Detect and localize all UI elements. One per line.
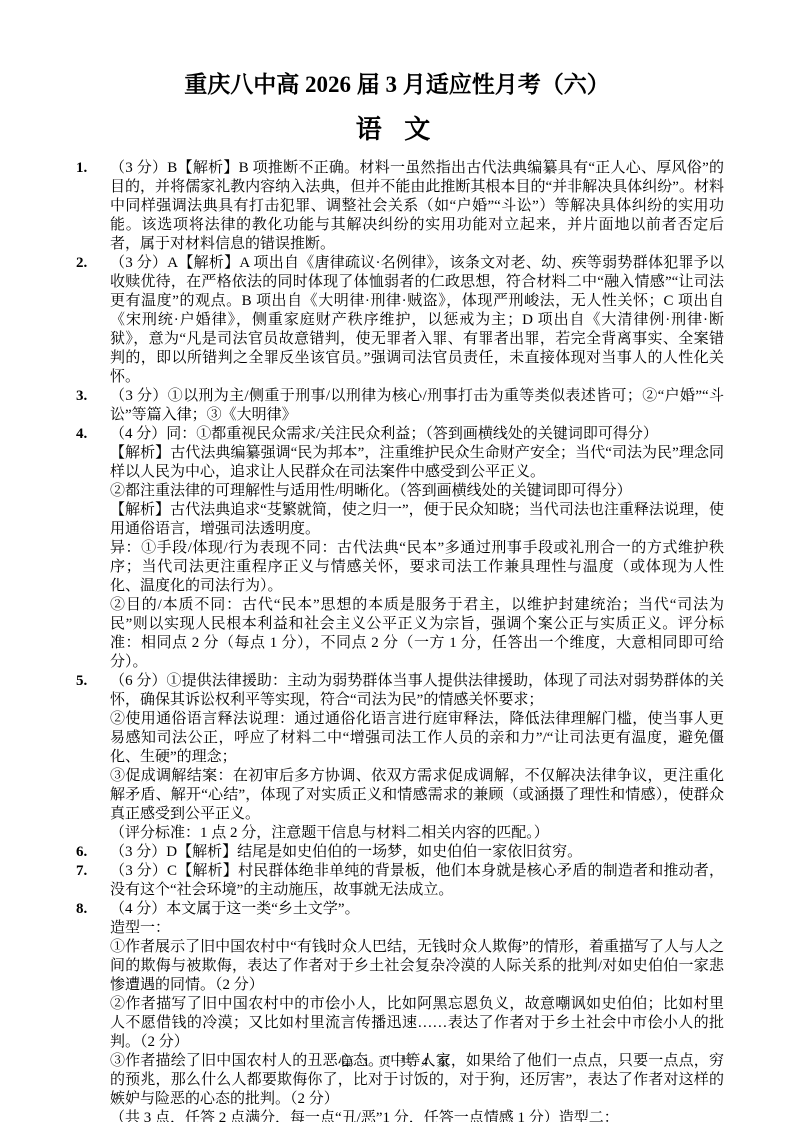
answer-paragraph: （共 3 点，任答 2 点满分，每一点“丑/恶”1 分，任答一点情感 1 分）造… (110, 1109, 724, 1122)
item-number: 8. (76, 900, 110, 919)
answer-item-4: 4. （4 分）同：①都重视民众需求/关注民众利益；（答到画横线处的关键词即可得… (76, 425, 724, 672)
answer-paragraph: （4 分）同：①都重视民众需求/关注民众利益；（答到画横线处的关键词即可得分） (110, 425, 724, 444)
item-number: 2. (76, 254, 110, 273)
item-number: 7. (76, 862, 110, 881)
answer-paragraph: （4 分）本文属于这一类“乡土文学”。 (110, 900, 724, 919)
item-content: （3 分）A【解析】A 项出自《唐律疏议·名例律》，该条文对老、幼、疾等弱势群体… (110, 254, 724, 387)
exam-answer-page: 重庆八中高 2026 届 3 月适应性月考（六） 语 文 1. （3 分）B【解… (0, 0, 794, 1122)
answer-paragraph: 造型一： (110, 919, 724, 938)
item-number: 1. (76, 159, 110, 178)
answer-paragraph: ③促成调解结案：在初审后多方协调、依双方需求促成调解，不仅解决法律争议，更注重化… (110, 767, 724, 824)
answer-item-2: 2. （3 分）A【解析】A 项出自《唐律疏议·名例律》，该条文对老、幼、疾等弱… (76, 254, 724, 387)
answer-item-3: 3. （3 分）①以刑为主/侧重于刑事/以刑律为核心/刑事打击为重等类似表述皆可… (76, 387, 724, 425)
item-content: （3 分）①以刑为主/侧重于刑事/以刑律为核心/刑事打击为重等类似表述皆可；②“… (110, 387, 724, 425)
answer-paragraph: （3 分）A【解析】A 项出自《唐律疏议·名例律》，该条文对老、幼、疾等弱势群体… (110, 254, 724, 387)
answer-item-7: 7. （3 分）C【解析】村民群体绝非单纯的背景板，他们本身就是核心矛盾的制造者… (76, 862, 724, 900)
answer-item-1: 1. （3 分）B【解析】B 项推断不正确。材料一虽然指出古代法典编纂具有“正人… (76, 159, 724, 254)
answer-list: 1. （3 分）B【解析】B 项推断不正确。材料一虽然指出古代法典编纂具有“正人… (76, 159, 724, 1122)
answer-paragraph: （评分标准：1 点 2 分，注意题干信息与材料二相关内容的匹配。） (110, 824, 724, 843)
item-content: （3 分）C【解析】村民群体绝非单纯的背景板，他们本身就是核心矛盾的制造者和推动… (110, 862, 724, 900)
item-content: （4 分）同：①都重视民众需求/关注民众利益；（答到画横线处的关键词即可得分） … (110, 425, 724, 672)
subject-title: 语 文 (0, 109, 794, 146)
page-title: 重庆八中高 2026 届 3 月适应性月考（六） (40, 70, 754, 100)
answer-paragraph: 异：①手段/体现/行为表现不同：古代法典“民本”多通过刑事手段或礼刑合一的方式维… (110, 539, 724, 596)
answer-paragraph: ②都注重法律的可理解性与适用性/明晰化。（答到画横线处的关键词即可得分） (110, 482, 724, 501)
answer-paragraph: 【解析】古代法典追求“芟繁就简，使之归一”，便于民众知晓；当代司法也注重释法说理… (110, 501, 724, 539)
answer-paragraph: ②目的/本质不同：古代“民本”思想的本质是服务于君主，以维护封建统治；当代“司法… (110, 596, 724, 672)
answer-paragraph: ①作者展示了旧中国农村中“有钱时众人巴结，无钱时众人欺侮”的情形，着重描写了人与… (110, 938, 724, 995)
answer-paragraph: （3 分）B【解析】B 项推断不正确。材料一虽然指出古代法典编纂具有“正人心、厚… (110, 159, 724, 254)
answer-item-5: 5. （6 分）①提供法律援助：主动为弱势群体当事人提供法律援助，体现了司法对弱… (76, 672, 724, 843)
item-content: （3 分）D【解析】结尾是如史伯伯的一场梦，如史伯伯一家依旧贫穷。 (110, 843, 724, 862)
answer-paragraph: （6 分）①提供法律援助：主动为弱势群体当事人提供法律援助，体现了司法对弱势群体… (110, 672, 724, 710)
answer-item-6: 6. （3 分）D【解析】结尾是如史伯伯的一场梦，如史伯伯一家依旧贫穷。 (76, 843, 724, 862)
item-number: 4. (76, 425, 110, 444)
answer-item-8: 8. （4 分）本文属于这一类“乡土文学”。 造型一： ①作者展示了旧中国农村中… (76, 900, 724, 1122)
page-footer: 第 1 页 共 4 页 (0, 1052, 794, 1070)
answer-paragraph: 【解析】古代法典编纂强调“民为邦本”，注重维护民众生命财产安全；当代“司法为民”… (110, 444, 724, 482)
item-content: （3 分）B【解析】B 项推断不正确。材料一虽然指出古代法典编纂具有“正人心、厚… (110, 159, 724, 254)
answer-paragraph: ②作者描写了旧中国农村中的市侩小人，比如阿黑忘恩负义，故意嘲讽如史伯伯；比如村里… (110, 995, 724, 1052)
item-content: （4 分）本文属于这一类“乡土文学”。 造型一： ①作者展示了旧中国农村中“有钱… (110, 900, 724, 1122)
item-number: 6. (76, 843, 110, 862)
answer-paragraph: （3 分）D【解析】结尾是如史伯伯的一场梦，如史伯伯一家依旧贫穷。 (110, 843, 724, 862)
answer-paragraph: （3 分）①以刑为主/侧重于刑事/以刑律为核心/刑事打击为重等类似表述皆可；②“… (110, 387, 724, 425)
answer-paragraph: （3 分）C【解析】村民群体绝非单纯的背景板，他们本身就是核心矛盾的制造者和推动… (110, 862, 724, 900)
item-number: 3. (76, 387, 110, 406)
answer-paragraph: ②使用通俗语言释法说理：通过通俗化语言进行庭审释法，降低法律理解门槛，使当事人更… (110, 710, 724, 767)
item-content: （6 分）①提供法律援助：主动为弱势群体当事人提供法律援助，体现了司法对弱势群体… (110, 672, 724, 843)
item-number: 5. (76, 672, 110, 691)
